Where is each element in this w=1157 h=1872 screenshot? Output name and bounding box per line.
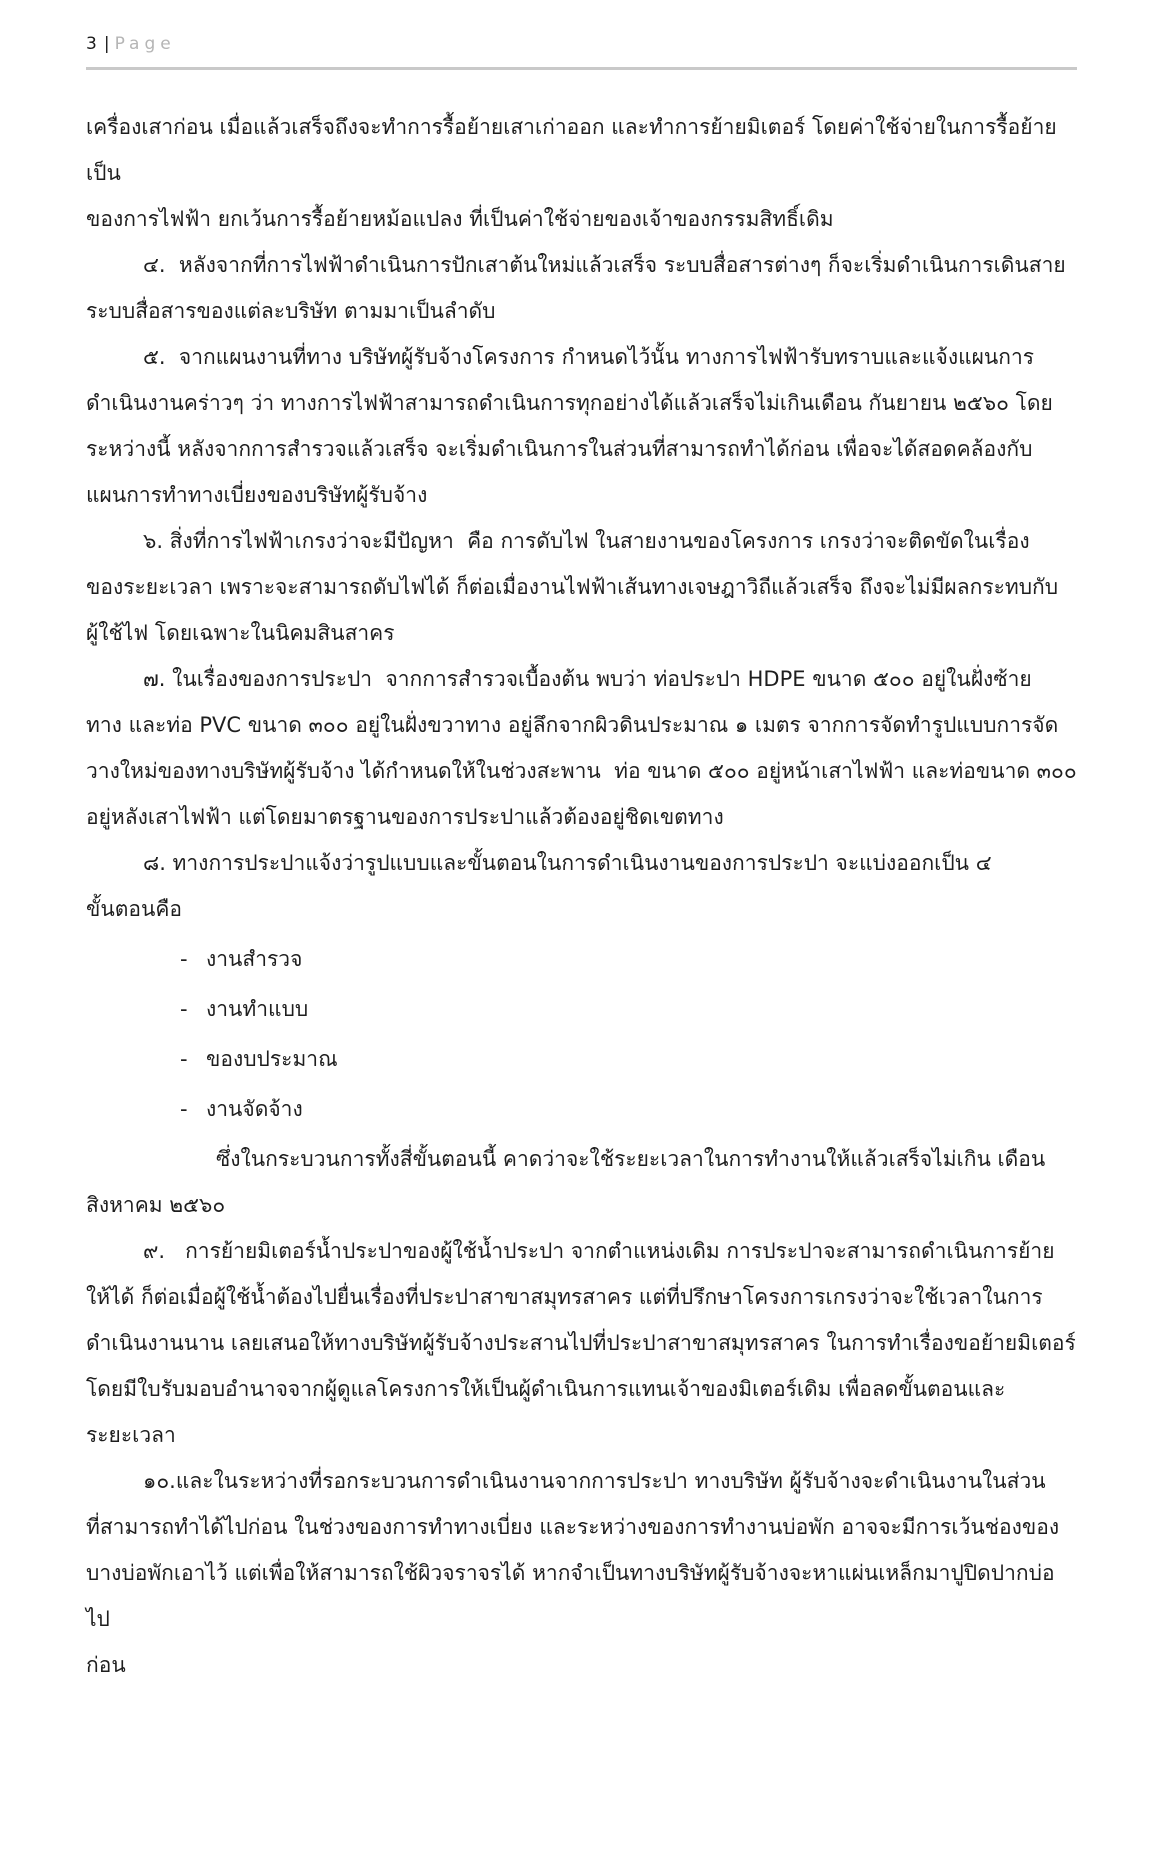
bullet-dash: - [180,1034,206,1084]
bullet-dash: - [180,984,206,1034]
text-line: ๕. จากแผนงานที่ทาง บริษัทผู้รับจ้างโครงก… [86,334,1077,380]
paragraph-7: ๗. ในเรื่องของการประปา จากการสำรวจเบื้อง… [86,656,1077,840]
text-line: เครื่องเสาก่อน เมื่อแล้วเสร็จถึงจะทำการร… [86,104,1077,196]
list-item: - ของบประมาณ [86,1034,1077,1084]
text-line: ของระยะเวลา เพราะจะสามารถดับไฟได้ ก็ต่อเ… [86,564,1077,610]
text-line: ดำเนินงานคร่าวๆ ว่า ทางการไฟฟ้าสามารถดำเ… [86,380,1077,426]
text-line: ที่สามารถทำได้ไปก่อน ในช่วงของการทำทางเบ… [86,1504,1077,1550]
paragraph-5: ๕. จากแผนงานที่ทาง บริษัทผู้รับจ้างโครงก… [86,334,1077,518]
paragraph-continuation: เครื่องเสาก่อน เมื่อแล้วเสร็จถึงจะทำการร… [86,104,1077,242]
text-line: ซึ่งในกระบวนการทั้งสี่ขั้นตอนนี้ คาดว่าจ… [86,1136,1077,1182]
paragraph-8: ๘. ทางการประปาแจ้งว่ารูปแบบและขั้นตอนในก… [86,840,1077,932]
paragraph-9: ๙. การย้ายมิเตอร์น้ำประปาของผู้ใช้น้ำประ… [86,1228,1077,1458]
text-line: ขั้นตอนคือ [86,886,1077,932]
text-line: ผู้ใช้ไฟ โดยเฉพาะในนิคมสินสาคร [86,610,1077,656]
text-line: ๘. ทางการประปาแจ้งว่ารูปแบบและขั้นตอนในก… [86,840,1077,886]
bullet-dash: - [180,1084,206,1134]
header-rule [86,67,1077,70]
text-line: ของการไฟฟ้า ยกเว้นการรื้อย้ายหม้อแปลง ที… [86,196,1077,242]
text-line: ระบบสื่อสารของแต่ละบริษัท ตามมาเป็นลำดับ [86,288,1077,334]
text-line: ก่อน [86,1642,1077,1688]
text-line: ๖. สิ่งที่การไฟฟ้าเกรงว่าจะมีปัญหา คือ ก… [86,518,1077,564]
text-line: ระหว่างนี้ หลังจากการสำรวจแล้วเสร็จ จะเร… [86,426,1077,472]
text-line: ให้ได้ ก็ต่อเมื่อผู้ใช้น้ำต้องไปยื่นเรื่… [86,1274,1077,1320]
list-item: - งานจัดจ้าง [86,1084,1077,1134]
page-header: 3|Page [86,34,1077,54]
text-line: ทาง และท่อ PVC ขนาด ๓๐๐ อยู่ในฝั่งขวาทาง… [86,702,1077,748]
text-line: ๙. การย้ายมิเตอร์น้ำประปาของผู้ใช้น้ำประ… [86,1228,1077,1274]
paragraph-6: ๖. สิ่งที่การไฟฟ้าเกรงว่าจะมีปัญหา คือ ก… [86,518,1077,656]
step-list: - งานสำรวจ - งานทำแบบ - ของบประมาณ - งาน… [86,934,1077,1134]
list-item-text: งานจัดจ้าง [206,1084,303,1134]
text-line: ดำเนินงานนาน เลยเสนอให้ทางบริษัทผู้รับจ้… [86,1320,1077,1366]
page-number: 3 [86,34,98,54]
text-line: สิงหาคม ๒๕๖๐ [86,1182,1077,1228]
paragraph-8-summary: ซึ่งในกระบวนการทั้งสี่ขั้นตอนนี้ คาดว่าจ… [86,1136,1077,1228]
list-item: - งานสำรวจ [86,934,1077,984]
text-line: ระยะเวลา [86,1412,1077,1458]
text-line: บางบ่อพักเอาไว้ แต่เพื่อให้สามารถใช้ผิวจ… [86,1550,1077,1642]
text-line: ๗. ในเรื่องของการประปา จากการสำรวจเบื้อง… [86,656,1077,702]
text-line: แผนการทำทางเบี่ยงของบริษัทผู้รับจ้าง [86,472,1077,518]
bullet-dash: - [180,934,206,984]
paragraph-10: ๑๐.และในระหว่างที่รอกระบวนการดำเนินงานจา… [86,1458,1077,1688]
text-line: โดยมีใบรับมอบอำนาจจากผู้ดูแลโครงการให้เป… [86,1366,1077,1412]
text-line: ๑๐.และในระหว่างที่รอกระบวนการดำเนินงานจา… [86,1458,1077,1504]
document-page: 3|Page เครื่องเสาก่อน เมื่อแล้วเสร็จถึงจ… [0,0,1157,1688]
header-divider: | [104,34,111,54]
list-item-text: งานทำแบบ [206,984,308,1034]
list-item-text: งานสำรวจ [206,934,302,984]
text-line: วางใหม่ของทางบริษัทผู้รับจ้าง ได้กำหนดให… [86,748,1077,794]
text-line: ๔. หลังจากที่การไฟฟ้าดำเนินการปักเสาต้นใ… [86,242,1077,288]
list-item-text: ของบประมาณ [206,1034,338,1084]
paragraph-4: ๔. หลังจากที่การไฟฟ้าดำเนินการปักเสาต้นใ… [86,242,1077,334]
page-label: Page [115,34,176,54]
list-item: - งานทำแบบ [86,984,1077,1034]
text-line: อยู่หลังเสาไฟฟ้า แต่โดยมาตรฐานของการประป… [86,794,1077,840]
document-body: เครื่องเสาก่อน เมื่อแล้วเสร็จถึงจะทำการร… [86,104,1077,1688]
